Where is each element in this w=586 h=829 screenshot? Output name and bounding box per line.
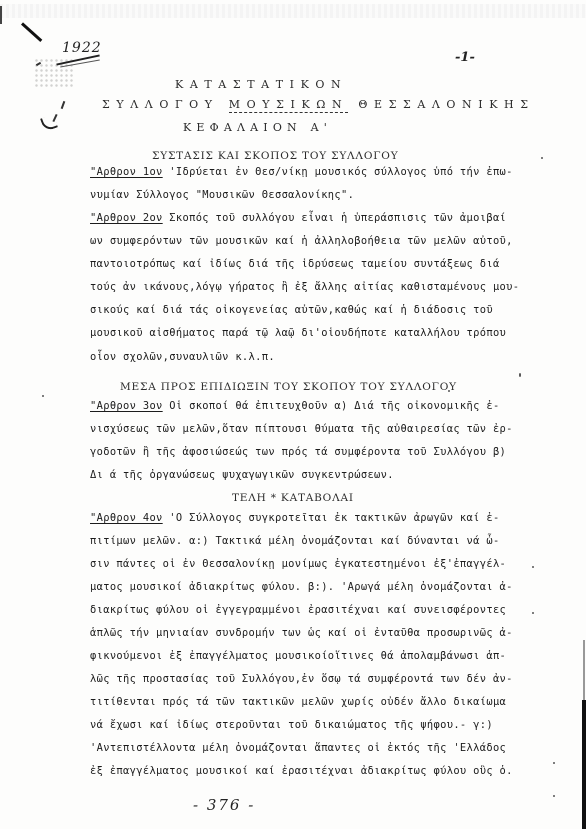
article-1-line: "Αρθρον 1ον 'Ιδρύεται ἐν Θεσ/νίκῃ μουσικ… <box>90 166 513 178</box>
article-4-line: "Αρθρον 4ον 'Ο Σύλλογος συγκροτεῖται ἐκ … <box>90 512 500 524</box>
scan-speck <box>519 373 521 377</box>
article-4-line: τιτίθενται πρός τά τῶν τακτικῶν μελῶν χω… <box>90 696 506 708</box>
pen-stroke-icon <box>21 22 42 42</box>
article-2-line: σικούς καί διά τάς οἰκογενείας αὐτῶν,καθ… <box>90 304 493 316</box>
article-3-line: Δι ά τῆς ὀργανώσεως ψυχαγωγικῶν συγκεντρ… <box>90 469 394 481</box>
scan-speck <box>42 395 44 397</box>
scan-speck <box>448 390 450 392</box>
document-title: ΚΑΤΑΣΤΑΤΙΚΟΝ <box>175 78 347 91</box>
article-4-line: λῶς τῆς προστασίας τοῦ Συλλόγου,ἐν ὅσῳ τ… <box>90 673 513 685</box>
scan-top-edge <box>0 4 586 18</box>
article-2-line: παντοιοτρόπως καί ἰδίως διά τῆς ἱδρύσεως… <box>90 258 500 270</box>
article-4-line: νά ἔχωσι καί ἰδίως στεροῦνται τοῦ δικαιώ… <box>90 719 493 731</box>
scan-left-mark <box>0 6 2 24</box>
article-4-label: "Αρθρον 4ον <box>90 512 163 524</box>
scan-right-edge-faint <box>583 640 585 700</box>
section-heading-fees: ΤΕΛΗ * ΚΑΤΑΒΟΛΑΙ <box>232 492 354 504</box>
article-1-line: νυμίαν Σύλλογος "Μουσικῶν Θεσσαλονίκης". <box>90 189 354 201</box>
page-number-bottom: - 376 - <box>193 796 255 814</box>
scan-speck <box>532 612 534 614</box>
archive-number: 1922 <box>62 40 102 56</box>
section-heading-foundation: ΣΥΣΤΑΣΙΣ ΚΑΙ ΣΚΟΠΟΣ ΤΟΥ ΣΥΛΛΟΓΟΥ <box>152 150 398 162</box>
scan-speck <box>532 566 534 568</box>
article-2-line: μουσικοῦ αἰσθήματος παρά τῷ λαῷ δι'οἱουδ… <box>90 327 506 339</box>
article-2-line: τούς ἀν ικάνους,λόγῳ γήρατος ἢ ἐξ ἄλλης … <box>90 281 519 293</box>
subtitle-part-3: ΘΕΣΣΑΛΟΝΙΚΗΣ <box>358 98 534 111</box>
scan-speck <box>541 157 543 159</box>
scan-speck <box>553 762 555 764</box>
article-3-label: "Αρθρον 3ον <box>90 400 163 412</box>
article-4-line: σιν πάντες οἱ ἐν Θεσσαλονίκῃ μονίμως ἐγκ… <box>90 558 506 570</box>
article-3-line: νισχύσεως τῶν μελῶν,ὅταν πίπτουσι θύματα… <box>90 423 513 435</box>
article-4-line: ματος μουσικοί ἀδιακρίτως φύλου. β:). 'Α… <box>90 581 513 593</box>
article-4-line: 'Αντεπιστέλλοντα μέλη ὀνομάζονται ἅπαντε… <box>90 742 506 754</box>
subtitle-part-1: ΣΥΛΛΟΓΟΥ <box>102 98 219 111</box>
article-4-line: ἐξ ἐπαγγέλματος μουσικοί καί ἐρασιτέχναι… <box>90 765 513 777</box>
article-4-line: διακρίτως φύλου οἱ ἐγγεγραμμένοι ἐρασιτέ… <box>90 604 506 616</box>
article-4-line: φικνούμενοι ἐξ ἐπαγγέλματος μουσικοίοἵτι… <box>90 650 506 662</box>
article-4-line: πιτίμων μελῶν. α:) Τακτικά μέλη ὀνομάζον… <box>90 535 500 547</box>
chapter-heading: ΚΕΦΑΛΑΙΟΝ Α' <box>183 121 332 134</box>
article-3-line: "Αρθρον 3ον Οἱ σκοποί θά ἐπιτευχθοῦν α) … <box>90 400 500 412</box>
subtitle-part-2: ΜΟΥΣΙΚΩΝ <box>229 98 348 113</box>
article-2-line: "Αρθρον 2ον Σκοπός τοῦ συλλόγου εἶναι ἡ … <box>90 212 506 224</box>
article-2-line: οἷον σχολῶν,συναυλιῶν κ.λ.π. <box>90 351 275 363</box>
page-number-top: -1- <box>455 50 475 65</box>
section-heading-means: ΜΕΣΑ ΠΡΟΣ ΕΠΙΔΙΩΞΙΝ ΤΟΥ ΣΚΟΠΟΥ ΤΟΥ ΣΥΛΛΟ… <box>120 381 457 393</box>
pen-mark <box>61 101 66 109</box>
article-4-line: ἁπλῶς τήν μηνιαίαν συνδρομήν των ὡς καί … <box>90 627 513 639</box>
document-page: 1922 -1- ΚΑΤΑΣΤΑΤΙΚΟΝ ΣΥΛΛΟΓΟΥ ΜΟΥΣΙΚΩΝ … <box>0 0 586 829</box>
article-1-label: "Αρθρον 1ον <box>90 166 163 178</box>
article-2-line: ων συμφερόντων τῶν μουσικῶν καί ἡ ἀλληλο… <box>90 235 513 247</box>
scan-right-edge-shadow <box>582 700 586 829</box>
document-subtitle: ΣΥΛΛΟΓΟΥ ΜΟΥΣΙΚΩΝ ΘΕΣΣΑΛΟΝΙΚΗΣ <box>102 98 535 111</box>
scan-speck <box>553 795 555 797</box>
article-2-label: "Αρθρον 2ον <box>90 212 163 224</box>
article-3-line: γοδοτῶν ἢ τῆς ἀφοσιώσεώς των πρός τά συμ… <box>90 446 506 458</box>
